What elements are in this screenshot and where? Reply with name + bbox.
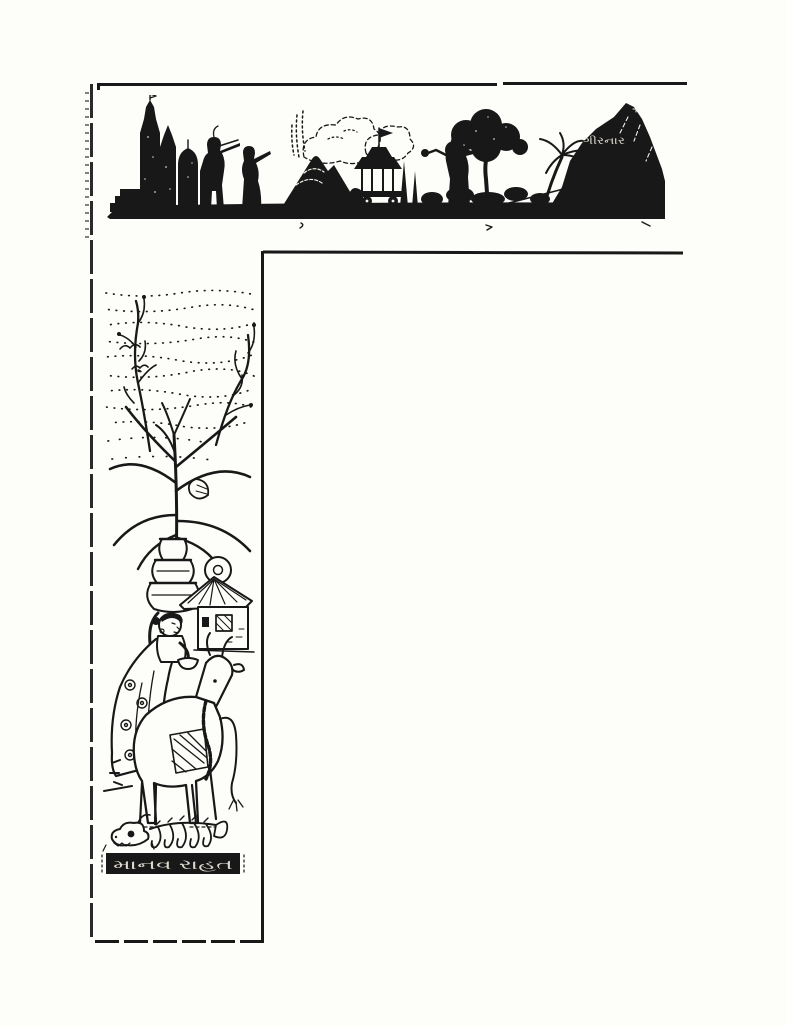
top-rule-left-segment <box>97 83 497 86</box>
temple-chariot <box>342 128 404 207</box>
girnar-label: ગીરનાર <box>583 135 625 147</box>
clouds <box>303 117 413 164</box>
content-area-top-rule <box>263 250 683 254</box>
left-page-border-rule <box>90 84 93 942</box>
temple-silhouette <box>110 95 208 212</box>
hanging-cob <box>189 479 208 499</box>
side-panel-illustration: માનવ રાહત <box>98 283 263 883</box>
caption-text: માનવ રાહત <box>113 857 234 872</box>
stipple-sky <box>104 290 258 461</box>
cypress-trees <box>400 161 443 207</box>
side-panel-bottom-rule <box>95 940 267 943</box>
flute-player-figure <box>204 126 241 209</box>
caption-plate: માનવ રાહત <box>102 853 244 874</box>
scanned-book-page: ગીરનાર <box>0 0 787 1026</box>
animal-skeleton <box>103 815 227 851</box>
top-rule-right-segment <box>503 82 687 85</box>
printers-flourish-marks <box>300 222 650 230</box>
left-border-hatch-ticks <box>85 92 89 242</box>
standing-woman-figure <box>242 146 271 209</box>
banner-illustration: ગીરનાર <box>104 95 666 235</box>
